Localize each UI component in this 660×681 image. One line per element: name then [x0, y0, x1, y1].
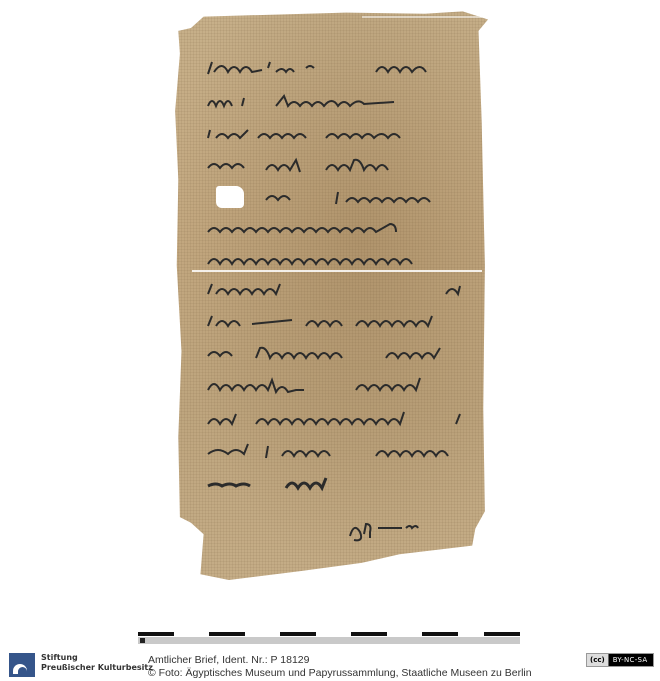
- scale-bar: [138, 632, 520, 646]
- organization-line2: Preußischer Kulturbesitz: [41, 663, 153, 673]
- handwriting-line: [206, 312, 476, 331]
- caption: Amtlicher Brief, Ident. Nr.: P 18129 © F…: [148, 654, 532, 680]
- handwriting-line: [206, 92, 466, 111]
- handwriting-line: [206, 58, 446, 77]
- license-label: BY-NC-SA: [609, 656, 648, 664]
- scale-bar-marker: [140, 638, 145, 643]
- handwriting-line: [206, 156, 456, 175]
- papyrus-tear: [362, 16, 482, 18]
- handwriting-line: [206, 188, 476, 207]
- handwriting-line: [206, 280, 476, 299]
- handwriting-line: [206, 220, 456, 239]
- photo-credit: © Foto: Ägyptisches Museum und Papyrussa…: [148, 667, 532, 680]
- cc-icon: (cc): [587, 654, 609, 666]
- handwriting-line: [206, 376, 466, 395]
- handwriting-line: [206, 250, 476, 269]
- handwriting-line: [206, 124, 476, 143]
- papyrus-image: [172, 8, 488, 580]
- spk-logo-icon: [9, 653, 35, 677]
- color-reference-strip: [138, 637, 520, 644]
- handwriting-line: [206, 442, 476, 461]
- handwriting-line: [206, 344, 476, 363]
- papyrus-tear: [192, 270, 482, 272]
- handwriting-line: [206, 410, 476, 429]
- license-badge[interactable]: (cc) BY-NC-SA: [586, 653, 654, 667]
- organization-line1: Stiftung: [41, 653, 153, 663]
- signature: [348, 518, 428, 537]
- organization-name: Stiftung Preußischer Kulturbesitz: [41, 653, 153, 673]
- object-title: Amtlicher Brief, Ident. Nr.: P 18129: [148, 654, 532, 667]
- handwriting-line: [206, 474, 336, 493]
